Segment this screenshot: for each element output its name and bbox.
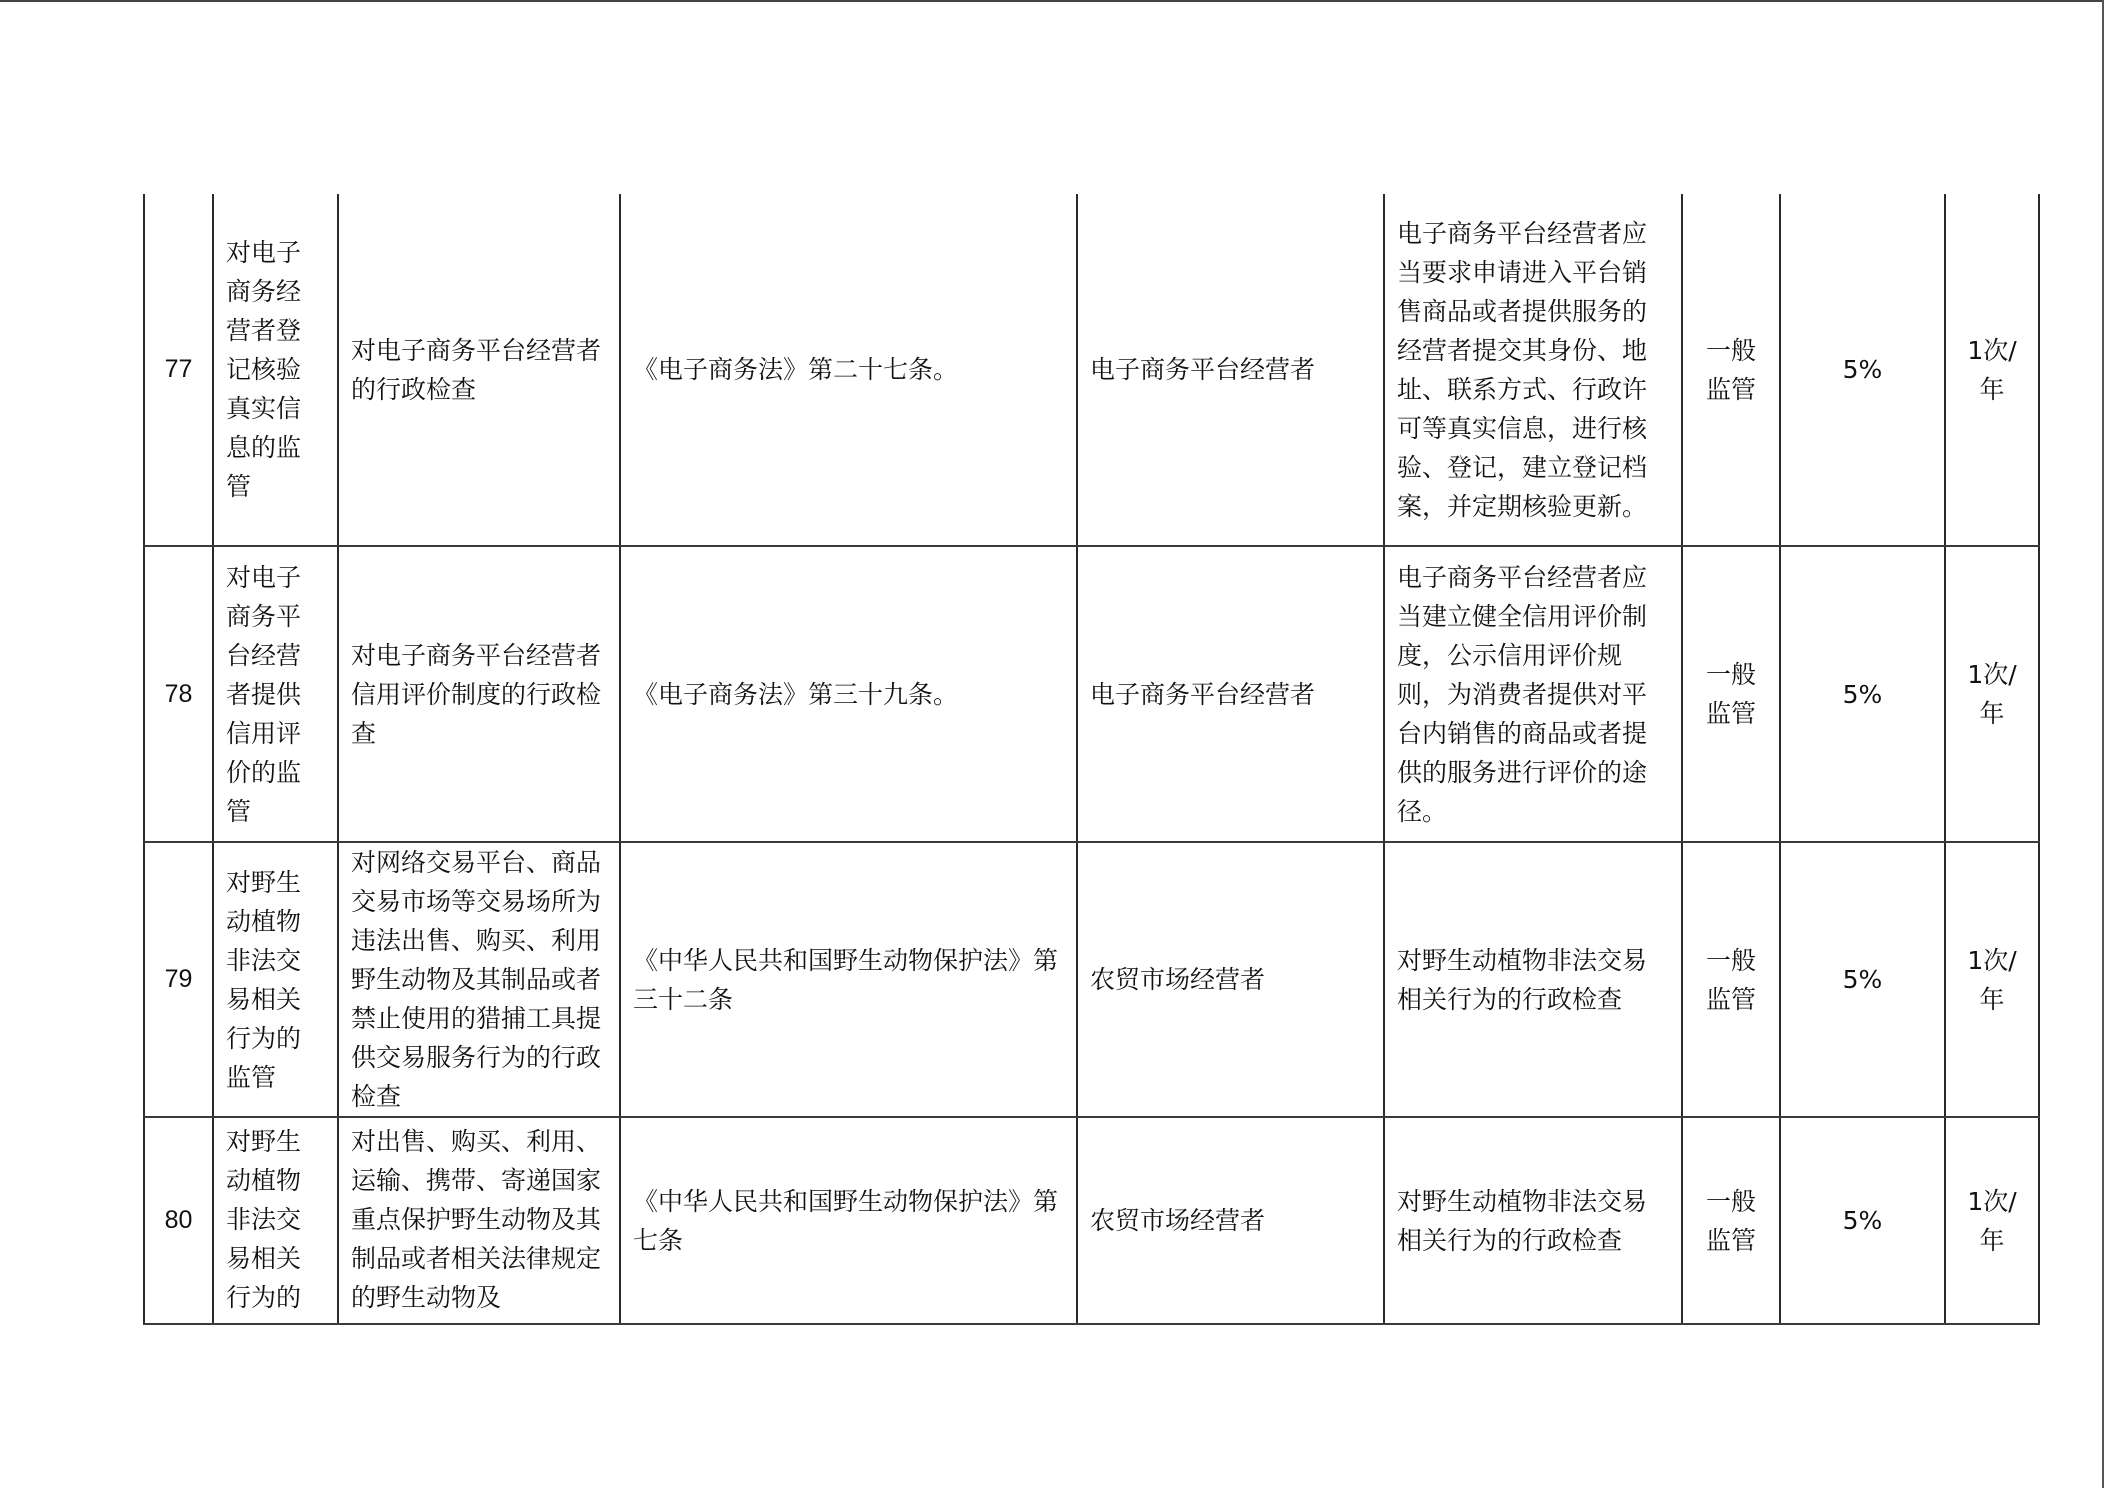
inspection-content: 对出售、购买、利用、运输、携带、寄递国家重点保护野生动物及其制品或者相关法律规定… xyxy=(338,1117,620,1324)
inspection-target: 电子商务平台经营者 xyxy=(1077,546,1384,842)
inspection-requirement: 电子商务平台经营者应当建立健全信用评价制度，公示信用评价规则，为消费者提供对平台… xyxy=(1384,546,1682,842)
supervision-item: 对电子商务经营者登记核验真实信息的监管 xyxy=(213,194,338,546)
inspection-target: 电子商务平台经营者 xyxy=(1077,194,1384,546)
row-number: 79 xyxy=(144,842,213,1117)
supervision-level: 一般监管 xyxy=(1682,1117,1780,1324)
supervision-level: 一般监管 xyxy=(1682,194,1780,546)
inspection-target: 农贸市场经营者 xyxy=(1077,842,1384,1117)
sampling-ratio: 5% xyxy=(1780,842,1945,1117)
inspection-content: 对电子商务平台经营者的行政检查 xyxy=(338,194,620,546)
row-number: 80 xyxy=(144,1117,213,1324)
supervision-items-table: 77 对电子商务经营者登记核验真实信息的监管 对电子商务平台经营者的行政检查 《… xyxy=(143,194,2040,1325)
sampling-frequency: 1次/年 xyxy=(1945,842,2039,1117)
table-row: 78 对电子商务平台经营者提供信用评价的监管 对电子商务平台经营者信用评价制度的… xyxy=(144,546,2039,842)
sampling-frequency: 1次/年 xyxy=(1945,1117,2039,1324)
row-number: 77 xyxy=(144,194,213,546)
inspection-requirement: 对野生动植物非法交易相关行为的行政检查 xyxy=(1384,1117,1682,1324)
supervision-level: 一般监管 xyxy=(1682,842,1780,1117)
sampling-ratio: 5% xyxy=(1780,194,1945,546)
sampling-ratio: 5% xyxy=(1780,1117,1945,1324)
supervision-item: 对野生动植物非法交易相关行为的监管 xyxy=(213,842,338,1117)
inspection-content: 对电子商务平台经营者信用评价制度的行政检查 xyxy=(338,546,620,842)
supervision-item: 对野生动植物非法交易相关行为的 xyxy=(213,1117,338,1324)
table-row: 79 对野生动植物非法交易相关行为的监管 对网络交易平台、商品交易市场等交易场所… xyxy=(144,842,2039,1117)
row-number: 78 xyxy=(144,546,213,842)
inspection-requirement: 电子商务平台经营者应当要求申请进入平台销售商品或者提供服务的经营者提交其身份、地… xyxy=(1384,194,1682,546)
supervision-level: 一般监管 xyxy=(1682,546,1780,842)
sampling-frequency: 1次/年 xyxy=(1945,546,2039,842)
sampling-ratio: 5% xyxy=(1780,546,1945,842)
legal-basis: 《中华人民共和国野生动物保护法》第七条 xyxy=(620,1117,1077,1324)
table-row: 77 对电子商务经营者登记核验真实信息的监管 对电子商务平台经营者的行政检查 《… xyxy=(144,194,2039,546)
inspection-content: 对网络交易平台、商品交易市场等交易场所为违法出售、购买、利用野生动物及其制品或者… xyxy=(338,842,620,1117)
page-top-border xyxy=(0,0,2104,2)
table-row: 80 对野生动植物非法交易相关行为的 对出售、购买、利用、运输、携带、寄递国家重… xyxy=(144,1117,2039,1324)
sampling-frequency: 1次/年 xyxy=(1945,194,2039,546)
legal-basis: 《中华人民共和国野生动物保护法》第三十二条 xyxy=(620,842,1077,1117)
legal-basis: 《电子商务法》第二十七条。 xyxy=(620,194,1077,546)
inspection-target: 农贸市场经营者 xyxy=(1077,1117,1384,1324)
legal-basis: 《电子商务法》第三十九条。 xyxy=(620,546,1077,842)
supervision-item: 对电子商务平台经营者提供信用评价的监管 xyxy=(213,546,338,842)
inspection-requirement: 对野生动植物非法交易相关行为的行政检查 xyxy=(1384,842,1682,1117)
